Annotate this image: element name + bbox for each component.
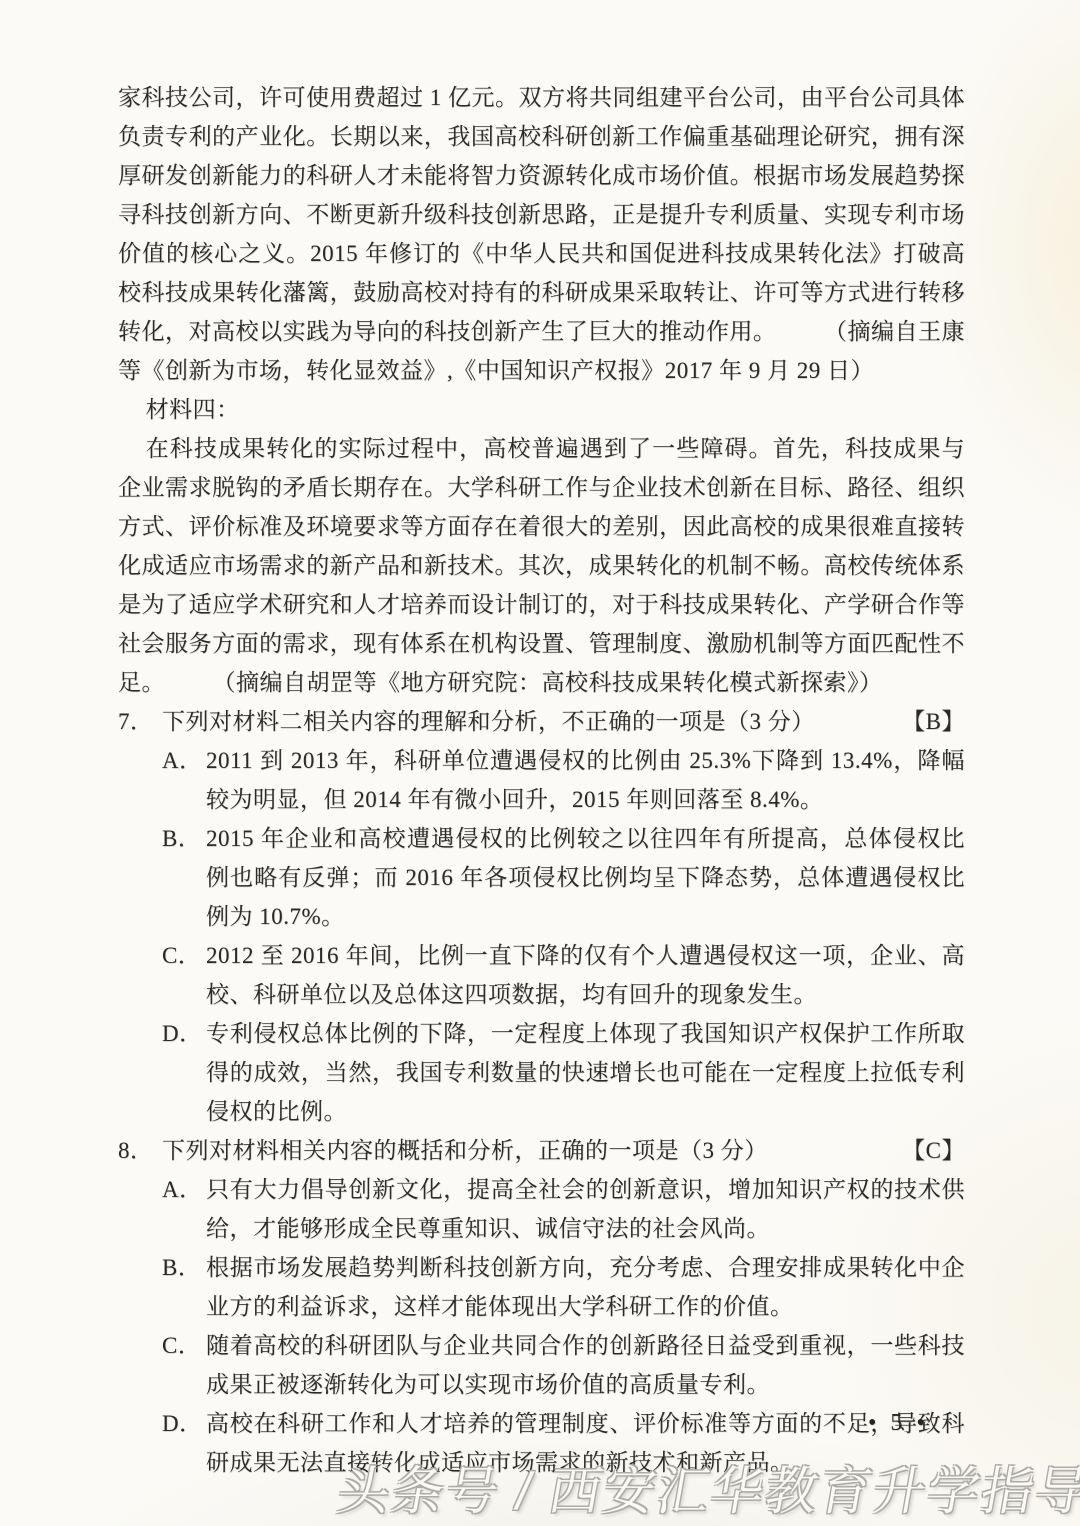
option-text: 只有大力倡导创新文化，提高全社会的创新意识，增加知识产权的技术供给，才能够形成全… [206,1170,965,1248]
page-number: • 5 • [868,1410,929,1437]
question-7-stem: 下列对材料二相关内容的理解和分析，不正确的一项是（3 分） [162,702,886,741]
option-text: 2012 至 2016 年间，比例一直下降的仅有个人遭遇侵权这一项，企业、高校、… [206,936,965,1014]
option-letter: C． [162,1326,206,1365]
material-four-heading: 材料四： [118,390,965,429]
material-four-paragraph: 在科技成果转化的实际过程中，高校普遍遇到了一些障碍。首先，科技成果与企业需求脱钩… [118,429,965,702]
page-content: 家科技公司，许可使用费超过 1 亿元。双方将共同组建平台公司，由平台公司具体负责… [118,78,965,1482]
question-8: 8． 下列对材料相关内容的概括和分析，正确的一项是（3 分） 【C】 A． 只有… [118,1131,965,1482]
question-8-option-a: A． 只有大力倡导创新文化，提高全社会的创新意识，增加知识产权的技术供给，才能够… [162,1170,965,1248]
question-7-number: 7． [118,702,162,741]
option-letter: D． [162,1404,206,1443]
question-7-option-c: C． 2012 至 2016 年间，比例一直下降的仅有个人遭遇侵权这一项，企业、… [162,936,965,1014]
question-7-answer-mark: 【B】 [902,702,965,741]
option-text: 根据市场发展趋势判断科技创新方向，充分考虑、合理安排成果转化中企业方的利益诉求，… [206,1248,965,1326]
option-letter: B． [162,1248,206,1287]
watermark: 头条号 / 西安汇华教育升学指导 [332,1449,1080,1524]
question-8-option-b: B． 根据市场发展趋势判断科技创新方向，充分考虑、合理安排成果转化中企业方的利益… [162,1248,965,1326]
question-8-number: 8． [118,1131,162,1170]
question-8-stem-row: 8． 下列对材料相关内容的概括和分析，正确的一项是（3 分） 【C】 [118,1131,965,1170]
question-8-stem: 下列对材料相关内容的概括和分析，正确的一项是（3 分） [162,1131,886,1170]
passage-continuation-paragraph: 家科技公司，许可使用费超过 1 亿元。双方将共同组建平台公司，由平台公司具体负责… [118,78,965,390]
option-text: 专利侵权总体比例的下降，一定程度上体现了我国知识产权保护工作所取得的成效，当然，… [206,1014,965,1131]
question-7-option-d: D． 专利侵权总体比例的下降，一定程度上体现了我国知识产权保护工作所取得的成效，… [162,1014,965,1131]
option-letter: D． [162,1014,206,1053]
question-8-answer-mark: 【C】 [902,1131,965,1170]
scanned-exam-page: 家科技公司，许可使用费超过 1 亿元。双方将共同组建平台公司，由平台公司具体负责… [0,0,1080,1526]
option-letter: A． [162,1170,206,1209]
question-7-option-b: B． 2015 年企业和高校遭遇侵权的比例较之以往四年有所提高，总体侵权比例也略… [162,819,965,936]
option-text: 2011 到 2013 年，科研单位遭遇侵权的比例由 25.3%下降到 13.4… [206,741,965,819]
question-7-stem-row: 7． 下列对材料二相关内容的理解和分析，不正确的一项是（3 分） 【B】 [118,702,965,741]
option-letter: B． [162,819,206,858]
option-letter: C． [162,936,206,975]
option-letter: A． [162,741,206,780]
question-7: 7． 下列对材料二相关内容的理解和分析，不正确的一项是（3 分） 【B】 A． … [118,702,965,1131]
question-8-option-c: C． 随着高校的科研团队与企业共同合作的创新路径日益受到重视，一些科技成果正被逐… [162,1326,965,1404]
question-7-option-a: A． 2011 到 2013 年，科研单位遭遇侵权的比例由 25.3%下降到 1… [162,741,965,819]
option-text: 随着高校的科研团队与企业共同合作的创新路径日益受到重视，一些科技成果正被逐渐转化… [206,1326,965,1404]
option-text: 2015 年企业和高校遭遇侵权的比例较之以往四年有所提高，总体侵权比例也略有反弹… [206,819,965,936]
